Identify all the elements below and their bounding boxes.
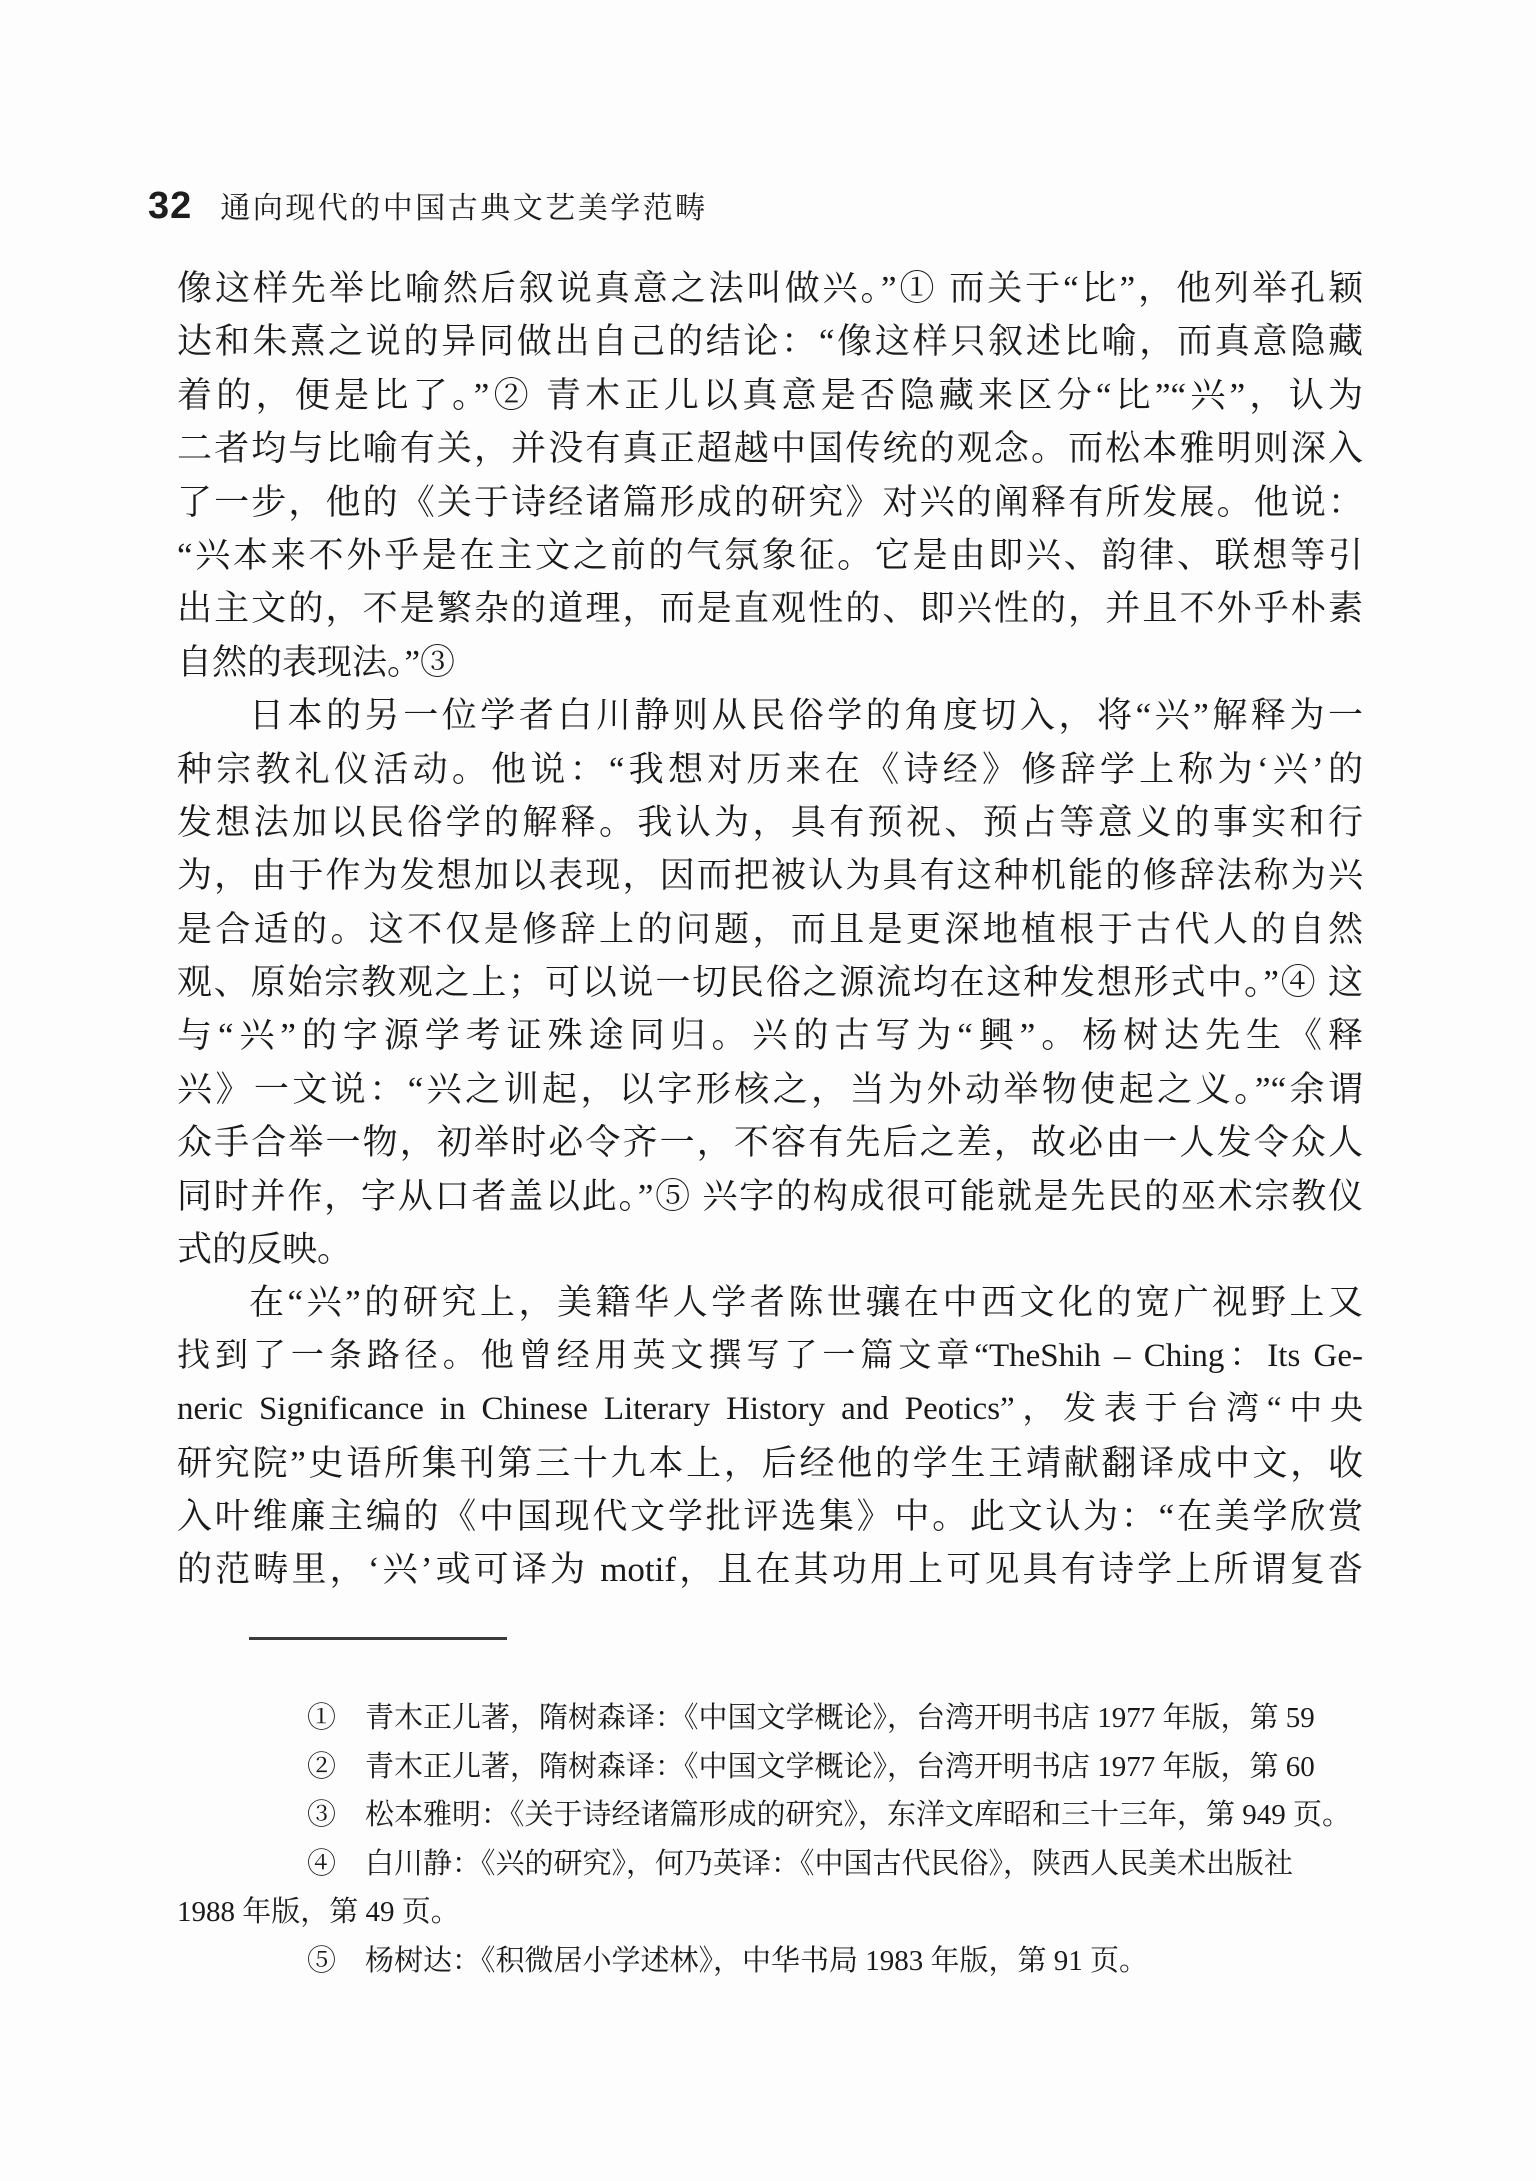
body-text: 像这样先举比喻然后叙说真意之法叫做兴。”① 而关于“比”，他列举孔颖 达和朱熹之… <box>177 262 1363 1597</box>
body-line: 观、原始宗教观之上；可以说一切民俗之源流均在这种发想形式中。”④ 这 <box>177 956 1363 1009</box>
page-number: 32 <box>148 185 192 228</box>
body-line: 与“兴”的字源学考证殊途同归。兴的古写为“興”。杨树达先生《释 <box>177 1009 1363 1062</box>
body-line: 众手合举一物，初举时必令齐一，不容有先后之差，故必由一人发令众人 <box>177 1116 1363 1169</box>
body-line: 兴》一文说：“兴之训起，以字形核之，当为外动举物使起之义。”“余谓 <box>177 1063 1363 1116</box>
body-line: 出主文的，不是繁杂的道理，而是直观性的、即兴性的，并且不外乎朴素 <box>177 582 1363 635</box>
body-line: 的范畴里，‘兴’或可译为 motif，且在其功用上可见具有诗学上所谓复沓 <box>177 1543 1363 1596</box>
body-line: 着的，便是比了。”② 青木正儿以真意是否隐藏来区分“比”“兴”，认为 <box>177 369 1363 422</box>
footnote: ② 青木正儿著，隋树森译：《中国文学概论》，台湾开明书店 1977 年版，第 6… <box>177 1743 1363 1792</box>
body-line: 二者均与比喻有关，并没有真正超越中国传统的观念。而松本雅明则深入 <box>177 422 1363 475</box>
running-title: 通向现代的中国古典文艺美学范畴 <box>220 183 708 227</box>
body-line: “兴本来不外乎是在主文之前的气氛象征。它是由即兴、韵律、联想等引 <box>177 529 1363 582</box>
body-line: 是合适的。这不仅是修辞上的问题，而且是更深地植根于古代人的自然 <box>177 903 1363 956</box>
body-line: 为，由于作为发想加以表现，因而把被认为具有这种机能的修辞法称为兴 <box>177 849 1363 902</box>
page-header: 32 通向现代的中国古典文艺美学范畴 <box>148 183 708 228</box>
body-line: 同时并作，字从口者盖以此。”⑤ 兴字的构成很可能就是先民的巫术宗教仪 <box>177 1170 1363 1223</box>
footnote: ⑤ 杨树达：《积微居小学述林》，中华书局 1983 年版，第 91 页。 <box>177 1937 1363 1986</box>
body-line: 发想法加以民俗学的解释。我认为，具有预祝、预占等意义的事实和行 <box>177 796 1363 849</box>
body-line: 种宗教礼仪活动。他说：“我想对历来在《诗经》修辞学上称为‘兴’的 <box>177 743 1363 796</box>
footnote-separator <box>249 1637 507 1640</box>
body-line: 入叶维廉主编的《中国现代文学批评选集》中。此文认为：“在美学欣赏 <box>177 1490 1363 1543</box>
body-line: 了一步，他的《关于诗经诸篇形成的研究》对兴的阐释有所发展。他说： <box>177 476 1363 529</box>
footnote-continuation: 1988 年版，第 49 页。 <box>177 1888 1363 1937</box>
body-line: 自然的表现法。”③ <box>177 636 1363 689</box>
body-line: 在“兴”的研究上，美籍华人学者陈世骧在中西文化的宽广视野上又 <box>177 1276 1363 1329</box>
body-line: 找到了一条路径。他曾经用英文撰写了一篇文章“TheShih – Ching：It… <box>177 1330 1363 1383</box>
footnote: ④ 白川静：《兴的研究》，何乃英译：《中国古代民俗》，陕西人民美术出版社 <box>177 1840 1363 1889</box>
body-line: 像这样先举比喻然后叙说真意之法叫做兴。”① 而关于“比”，他列举孔颖 <box>177 262 1363 315</box>
footnote: ① 青木正儿著，隋树森译：《中国文学概论》，台湾开明书店 1977 年版，第 5… <box>177 1694 1363 1743</box>
book-page: 32 通向现代的中国古典文艺美学范畴 像这样先举比喻然后叙说真意之法叫做兴。”①… <box>0 0 1536 2181</box>
body-line: 日本的另一位学者白川静则从民俗学的角度切入，将“兴”解释为一 <box>177 689 1363 742</box>
body-line: neric Significance in Chinese Literary H… <box>177 1383 1363 1436</box>
body-line: 达和朱熹之说的异同做出自己的结论：“像这样只叙述比喻，而真意隐藏 <box>177 315 1363 368</box>
footnote: ③ 松本雅明：《关于诗经诸篇形成的研究》，东洋文库昭和三十三年，第 949 页。 <box>177 1791 1363 1840</box>
body-line: 式的反映。 <box>177 1223 1363 1276</box>
body-line: 研究院”史语所集刊第三十九本上，后经他的学生王靖献翻译成中文，收 <box>177 1437 1363 1490</box>
footnotes: ① 青木正儿著，隋树森译：《中国文学概论》，台湾开明书店 1977 年版，第 5… <box>177 1694 1363 1986</box>
